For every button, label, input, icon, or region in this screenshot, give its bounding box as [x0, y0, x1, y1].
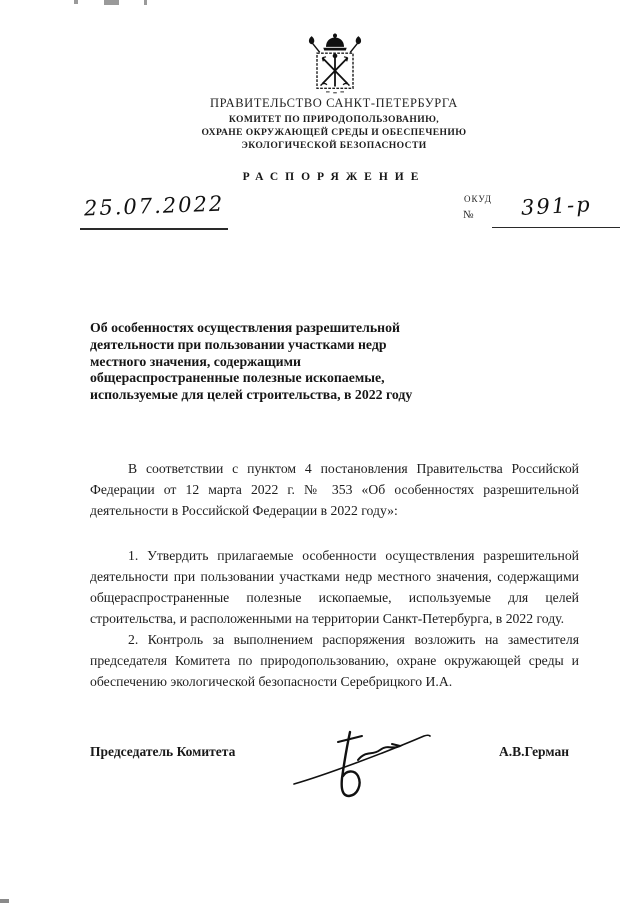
handwritten-number: 391-р [520, 192, 592, 220]
title-line: местного значения, содержащими [90, 354, 490, 371]
committee-name-line2: ОХРАНЕ ОКРУЖАЮЩЕЙ СРЕДЫ И ОБЕСПЕЧЕНИЮ [90, 126, 578, 139]
signer-name: А.В.Герман [499, 744, 569, 760]
scan-artifact [104, 0, 119, 5]
date-field: 25.07.2022 [80, 194, 228, 230]
scan-artifact [74, 0, 78, 4]
document-page: ПРАВИТЕЛЬСТВО САНКТ-ПЕТЕРБУРГА КОМИТЕТ П… [0, 0, 640, 905]
committee-name: КОМИТЕТ ПО ПРИРОДОПОЛЬЗОВАНИЮ, ОХРАНЕ ОК… [90, 113, 578, 152]
title-line: деятельности при пользовании участками н… [90, 337, 490, 354]
signer-position: Председатель Комитета [90, 744, 235, 760]
number-sign-label: № [463, 209, 474, 221]
title-line: Об особенностях осуществления разрешител… [90, 320, 490, 337]
committee-name-line1: КОМИТЕТ ПО ПРИРОДОПОЛЬЗОВАНИЮ, [90, 113, 578, 126]
preamble-paragraph: В соответствии с пунктом 4 постановления… [90, 458, 579, 521]
coat-of-arms-icon [299, 32, 371, 96]
document-title: Об особенностях осуществления разрешител… [90, 320, 490, 404]
item-1-paragraph: 1. Утвердить прилагаемые особенности осу… [90, 545, 579, 629]
item-2-paragraph: 2. Контроль за выполнением распоряжения … [90, 629, 579, 692]
document-body: В соответствии с пунктом 4 постановления… [90, 458, 579, 692]
committee-name-line3: ЭКОЛОГИЧЕСКОЙ БЕЗОПАСНОСТИ [90, 139, 578, 152]
okud-label: ОКУД [464, 194, 492, 204]
document-number-field: 391-р [492, 194, 620, 228]
title-line: общераспространенные полезные ископаемые… [90, 370, 490, 387]
scan-artifact [144, 0, 147, 5]
handwritten-date: 25.07.2022 [83, 192, 224, 221]
title-line: используемые для целей строительства, в … [90, 387, 490, 404]
scan-artifact [0, 899, 9, 903]
document-type-heading: РАСПОРЯЖЕНИЕ [90, 171, 578, 183]
government-name: ПРАВИТЕЛЬСТВО САНКТ-ПЕТЕРБУРГА [90, 96, 578, 111]
signature-icon [292, 726, 432, 800]
